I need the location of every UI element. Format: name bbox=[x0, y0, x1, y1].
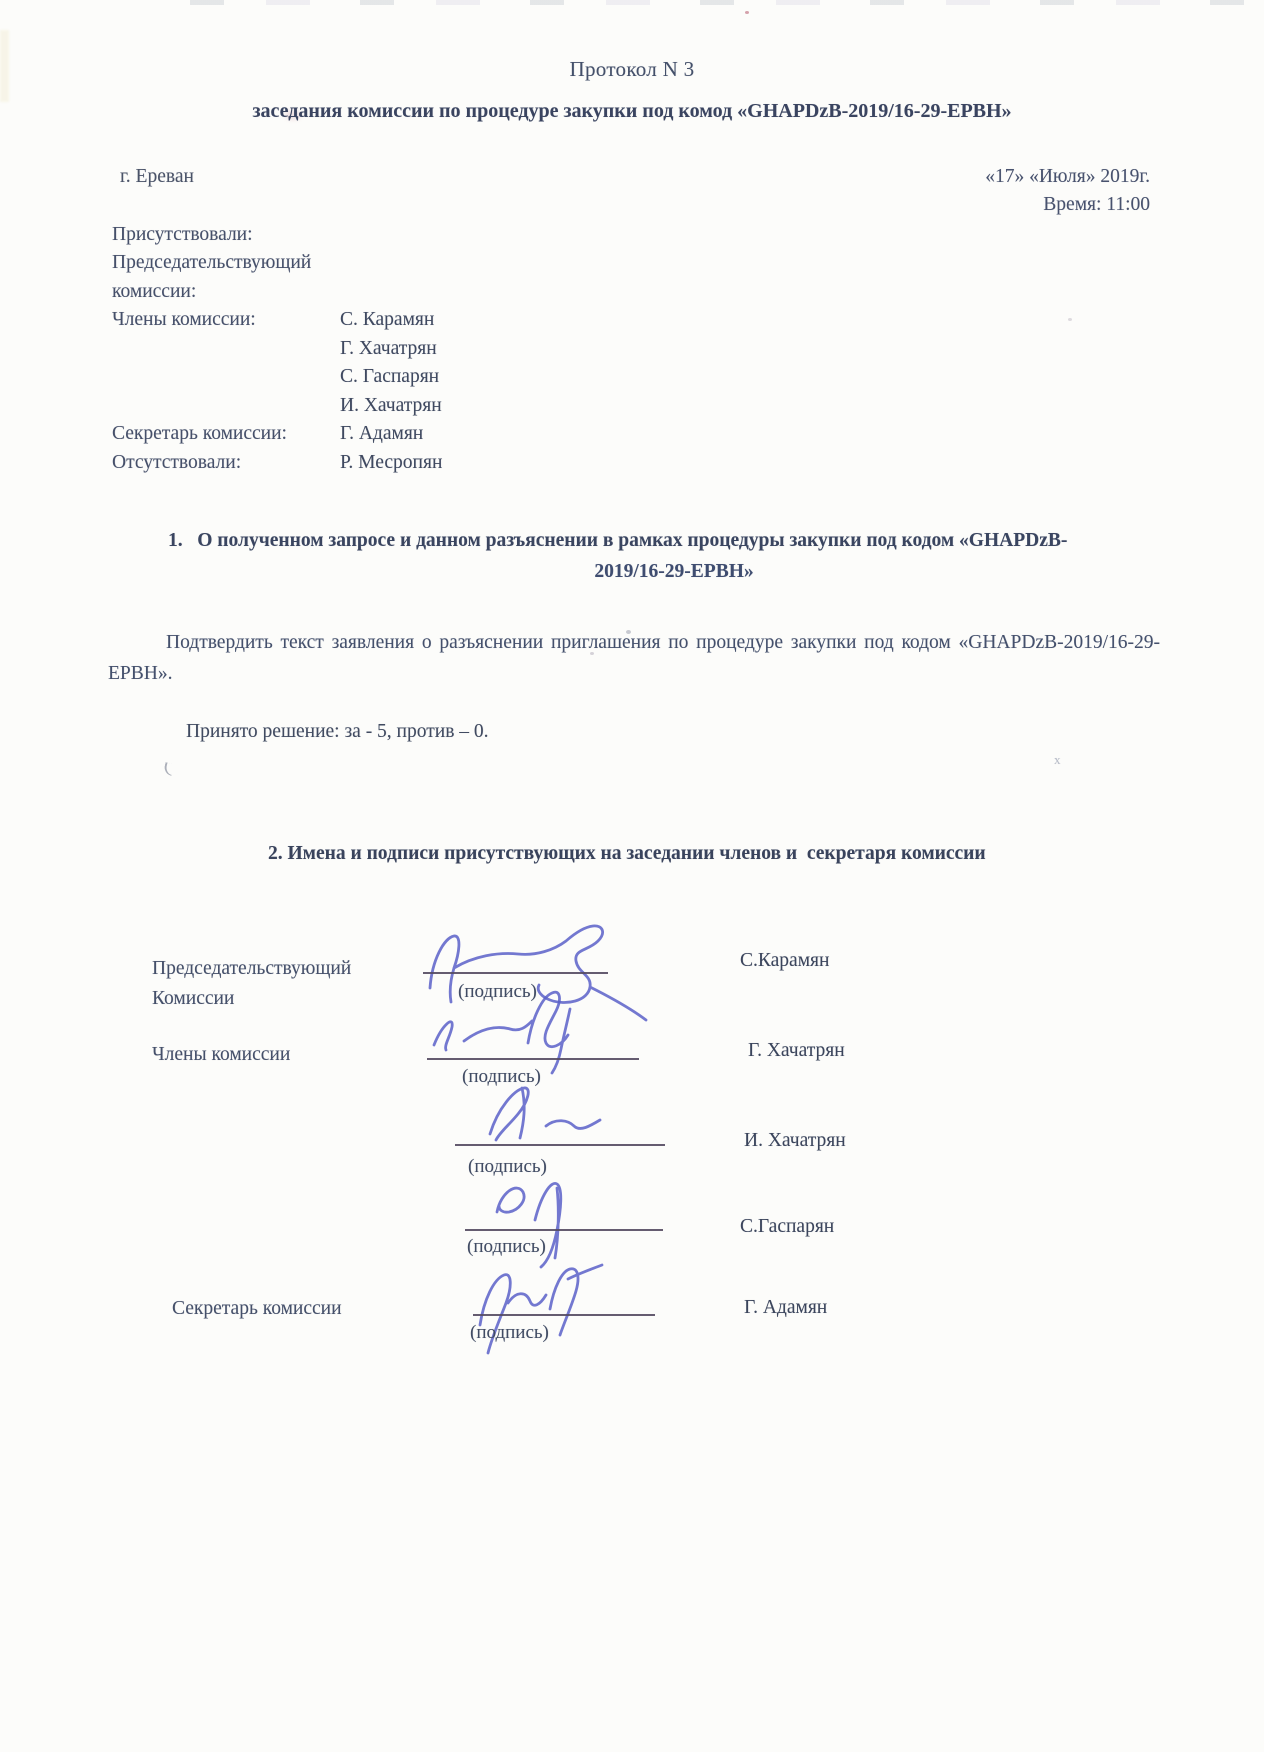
attendee-row: Председательствующий bbox=[112, 249, 812, 277]
attendee-value: С. Карамян bbox=[340, 306, 434, 334]
section1-heading-line1: 1. О полученном запросе и данном разъясн… bbox=[168, 530, 1067, 552]
attendee-value: Г. Хачатрян bbox=[340, 335, 437, 363]
scanned-document-page: х Протокол N 3 заседания комиссии по про… bbox=[0, 0, 1264, 1752]
attendee-row: Члены комиссии: С. Карамян bbox=[112, 306, 812, 334]
signature-role-chairman: Председательствующий Комиссии bbox=[152, 954, 351, 1014]
scan-artifact-speck bbox=[1068, 318, 1072, 321]
attendee-row: комиссии: bbox=[112, 278, 812, 306]
signature-role-secretary: Секретарь комиссии bbox=[172, 1294, 342, 1324]
decision-text: Принято решение: за - 5, против – 0. bbox=[186, 721, 489, 743]
attendee-row: Присутствовали: bbox=[112, 221, 812, 249]
attendee-value: Р. Месропян bbox=[340, 449, 442, 477]
signature-line bbox=[465, 1229, 663, 1231]
document-subtitle: заседания комиссии по процедуре закупки … bbox=[0, 100, 1264, 123]
signature-line bbox=[473, 1314, 655, 1316]
attendee-label: комиссии: bbox=[112, 278, 340, 306]
attendee-value: Г. Адамян bbox=[340, 420, 423, 448]
signature-name-secretary: Г. Адамян bbox=[744, 1297, 827, 1319]
scan-artifact-speck bbox=[745, 11, 749, 14]
scan-artifact-top-noise bbox=[190, 0, 1264, 5]
scan-artifact-pen-mark: х bbox=[1054, 752, 1061, 768]
signature-name-chairman: С.Карамян bbox=[740, 950, 829, 972]
attendee-label bbox=[112, 335, 340, 363]
attendee-value: С. Гаспарян bbox=[340, 363, 439, 391]
attendee-row: Секретарь комиссии: Г. Адамян bbox=[112, 420, 812, 448]
attendee-label: Председательствующий bbox=[112, 249, 340, 277]
section1-heading-line2: 2019/16-29-EPBH» bbox=[42, 561, 1264, 583]
attendee-label: Отсутствовали: bbox=[112, 449, 340, 477]
attendee-label: Члены комиссии: bbox=[112, 306, 340, 334]
scan-artifact-pen-mark bbox=[163, 762, 175, 776]
attendee-row: Отсутствовали: Р. Месропян bbox=[112, 449, 812, 477]
attendees-list: Присутствовали: Председательствующий ком… bbox=[112, 221, 812, 477]
signature-name-member-2: И. Хачатрян bbox=[744, 1130, 846, 1152]
attendee-value: И. Хачатрян bbox=[340, 392, 442, 420]
document-title: Протокол N 3 bbox=[0, 57, 1264, 82]
signature-name-member-3: С.Гаспарян bbox=[740, 1216, 834, 1238]
signature-name-member-1: Г. Хачатрян bbox=[748, 1040, 845, 1062]
attendee-row: С. Гаспарян bbox=[112, 363, 812, 391]
signature-line bbox=[427, 1058, 639, 1060]
date-label: «17» «Июля» 2019г. bbox=[985, 166, 1150, 188]
signature-line bbox=[423, 972, 608, 974]
section2-heading: 2. Имена и подписи присутствующих на зас… bbox=[268, 843, 986, 865]
section1-body: Подтвердить текст заявления о разъяснени… bbox=[108, 628, 1160, 689]
attendee-label: Секретарь комиссии: bbox=[112, 420, 340, 448]
signature-caption: (подпись) bbox=[470, 1322, 549, 1344]
signature-ink-member-1 bbox=[420, 985, 655, 1077]
attendee-label: Присутствовали: bbox=[112, 221, 340, 249]
attendee-row: Г. Хачатрян bbox=[112, 335, 812, 363]
city-label: г. Ереван bbox=[120, 166, 194, 188]
attendee-label bbox=[112, 392, 340, 420]
time-label: Время: 11:00 bbox=[1043, 194, 1150, 216]
attendee-row: И. Хачатрян bbox=[112, 392, 812, 420]
signature-line bbox=[455, 1144, 665, 1146]
signature-role-members: Члены комиссии bbox=[152, 1040, 290, 1070]
signature-caption: (подпись) bbox=[467, 1236, 546, 1258]
attendee-label bbox=[112, 363, 340, 391]
